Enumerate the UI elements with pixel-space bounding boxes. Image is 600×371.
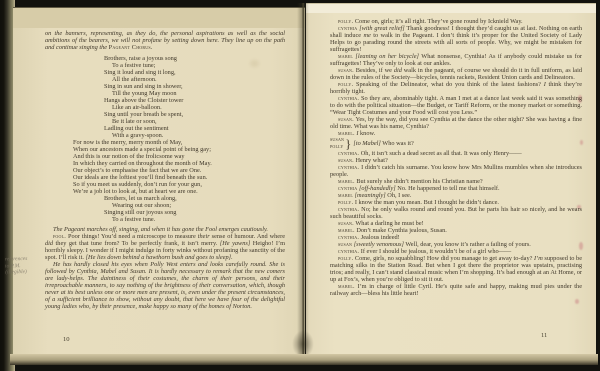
dialogue-paragraph: cynthia. Oh, it isn’t such a dead secret… [330,150,582,157]
text-segment: The Pageant marches off, singing, and wh… [53,226,268,233]
verse-line: Hangs above the Cloister tower [104,97,285,104]
text-segment: [He yawns] [220,240,251,247]
intro-stage-direction: on the banners, representing, as they do… [45,30,285,51]
text-segment: Oh, I see. [386,192,412,199]
dialogue-paragraph: mabel [meaningly] Oh, I see. [330,192,582,199]
dialogue-paragraph: susan [sweetly venomous] Well, dear, you… [330,241,582,248]
text-segment: cynthia. [338,95,359,102]
dialogue-paragraph: mabel. I’m in charge of little Cyril. He… [330,283,582,297]
dialogue-paragraph: polly. Speaking of the Delineator, what … [330,81,582,95]
text-segment: mabel. [338,178,355,185]
text-segment: Jealous indeed! [359,234,400,241]
verse-line: In which they carried on throughout the … [73,160,285,167]
text-segment: I’m [534,255,543,262]
page-number-left: 10 [63,336,70,343]
verse-line: Brothers, let us march along, [104,195,285,202]
text-segment: did [45,240,53,247]
text-segment: me [363,32,370,39]
dialogue-paragraph: fool. Poor things! You’d need a microsco… [45,233,285,261]
text-segment: know. [358,130,375,137]
dialogue-paragraph: polly. Come on, girls; it’s all right. T… [330,18,582,25]
text-segment: susan. [338,220,354,227]
text-segment: Henry what? [354,157,388,164]
gutter-shadow [297,3,309,355]
text-segment: [sweetly venomous] [354,241,404,248]
text-segment: Poor things! You’d need a microscope to … [66,233,198,240]
text-segment: No; he only walks round and round you. B… [330,206,582,220]
text-segment: polly. [338,255,353,262]
stage-direction: The Pageant marches off, singing, and wh… [45,226,285,233]
verse-line: Brothers, raise a joyous song [104,55,285,62]
verse-line: So if you meet us suddenly, don’t run fo… [73,181,285,188]
dialogue-paragraph: cynthia. So they are, abominably tight. … [330,95,582,116]
verse-line: When our ancestors made a special point … [73,146,285,153]
text-segment: mabel [338,192,353,199]
text-segment: cynthia. [338,248,359,255]
verse-line: Singing still our joyous song [104,209,285,216]
text-segment: mabel [338,53,353,60]
text-segment: Oh, it isn’t such a dead secret as all t… [359,150,522,157]
text-segment: cynthia [338,185,357,192]
text-segment: cynthia. [338,234,359,241]
verse-line: Ladling out the sentiment [104,125,285,132]
text-segment: they get that tune from? To be perfectly… [53,240,220,247]
text-segment: susan [338,241,352,248]
text-segment: polly. [338,18,353,25]
dialogue-paragraph: polly. Come, girls, no squabbling! How d… [330,255,582,283]
text-segment: Yes, by the way, did you see Cynthia at … [330,116,582,130]
text-segment: susan. [338,157,354,164]
text-segment: did [394,67,402,74]
verse-line: For now is the merry, merry month of May… [73,139,285,146]
dialogue-paragraph: cynthia. If ever I should be jealous, it… [330,248,582,255]
dialogue-paragraph: mabel. I know. [330,130,582,137]
text-segment: But surely she didn’t mention his Christ… [355,178,483,185]
text-segment: fool. [53,233,66,240]
verse-line: Our object’s to emphasise the fact that … [73,167,285,174]
verse-line: And this is our notion of the frolicsome… [73,153,285,160]
text-segment: mabel. [338,227,355,234]
text-segment: I know the man you mean. But I thought h… [353,199,499,206]
dialogue-paragraph: mabel. But surely she didn’t mention his… [330,178,582,185]
text-segment: cynthia. [338,150,359,157]
text-segment: [meaningly] [355,192,386,199]
verse-line: To a festive tune. [112,216,285,223]
text-segment: No. He happened to tell me that himself. [396,185,500,192]
text-segment: Speaking of the Delineator, what do you … [353,81,543,88]
verse-line: With a gravy-spoon. [112,132,285,139]
text-segment: He has hardly closed his eyes when Polly… [45,261,285,310]
text-segment: Come, girls, no squabbling! How did you … [353,255,534,262]
dialogue-paragraph: mabel. Don’t make Cynthia jealous, Susan… [330,227,582,234]
text-segment: [He lies down behind a hawthorn bush and… [86,254,233,261]
speaker-names: susanpolly [330,137,344,150]
text-segment: polly. [338,199,353,206]
dialogue-brace-line: susanpolly}[to Mabel] Who was it? [330,137,582,150]
text-segment: [leaning on her bicycle] [355,53,419,60]
text-segment: Don’t make Cynthia jealous, Susan. [355,227,447,234]
pink-margin-smudge [575,299,579,304]
text-segment: on the banners, representing, as they do… [45,30,285,51]
text-segment: So they are, abominably tight. A man I m… [330,95,582,116]
text-segment: Come on, girls; it’s all right. They’ve … [353,18,522,25]
verse-line: To a festive tune; [112,62,285,69]
dialogue-paragraph: cynthia [with great relief] Thank goodne… [330,25,582,53]
text-segment: mabel. [338,283,355,290]
dialogue-paragraph: polly. I know the man you mean. But I th… [330,199,582,206]
dialogue-paragraph: cynthia [off-handedly] No. He happened t… [330,185,582,192]
page-number-right: 11 [541,332,547,339]
text-segment: [with great relief] [359,25,404,32]
dialogue-paragraph: cynthia. Jealous indeed! [330,234,582,241]
text-segment: Well, dear, you know it’s rather a faili… [404,241,531,248]
text-segment: I didn’t catch his surname. You know how… [330,164,582,178]
brace-glyph: } [345,137,351,150]
verse-line: All the afternoon. [112,76,285,83]
dialogue-paragraph: susan. Besides, if we did walk in the pa… [330,67,582,81]
text-segment: cynthia [338,25,357,32]
stage-direction: He has hardly closed his eyes when Polly… [45,261,285,310]
right-page-text: polly. Come on, girls; it’s all right. T… [330,18,582,297]
dialogue-paragraph: mabel [leaning on her bicycle] What nons… [330,53,582,67]
text-segment: Who was it? [381,140,414,147]
margin-note-line: (illegible) [5,269,45,277]
text-segment: cynthia. [338,206,359,213]
dialogue-paragraph: susan. What a darling he must be! [330,220,582,227]
right-dialogue: polly. Come on, girls; it’s all right. T… [330,18,582,297]
dialogue-paragraph: cynthia. No; he only walks round and rou… [330,206,582,220]
left-page-text: on the banners, representing, as they do… [45,30,285,310]
pageant-chorus-verse: Brothers, raise a joyous songTo a festiv… [45,55,285,223]
text-segment: susan. [338,116,354,123]
text-segment: Besides, if we [354,67,394,74]
verse-line: Like an air-balloon. [112,104,285,111]
text-segment: I’m in charge of little Cyril. He’s quit… [330,283,582,297]
verse-line: Our ideals are the loftiest you’ll find … [73,174,285,181]
dialogue-paragraph: susan. Yes, by the way, did you see Cynt… [330,116,582,130]
verse-line: Sing until your breath be spent, [104,111,285,118]
verse-line: Wearing out our shoon; [112,202,285,209]
verse-line: We’re a job lot to look at, but at heart… [73,188,285,195]
text-segment: Pageant Chorus. [109,44,153,51]
text-segment: cynthia. [338,164,359,171]
text-segment: [to Mabel] [353,140,380,147]
book-photo: references to P.M. (illegible) on the ba… [0,0,600,371]
brace-text: [to Mabel] Who was it? [353,140,413,147]
verse-line: Be it late or soon, [112,118,285,125]
handwritten-margin-note: references to P.M. (illegible) [5,255,46,276]
verse-line: Sing it loud and sing it long, [104,69,285,76]
text-segment: If ever I should be jealous, it wouldn’t… [359,248,511,255]
left-body: The Pageant marches off, singing, and wh… [45,226,285,310]
text-segment: susan. [338,67,354,74]
verse-line: Till the young May moon [112,90,285,97]
verse-line: Sing in sun and sing in shower, [104,83,285,90]
text-segment: sense of humour. And where [210,233,285,240]
left-intro: on the banners, representing, as they do… [45,30,285,51]
text-segment: their [198,233,210,240]
text-segment: polly. [338,81,353,88]
dialogue-paragraph: cynthia. I didn’t catch his surname. You… [330,164,582,178]
dialogue-paragraph: susan. Henry what? [330,157,582,164]
text-segment: [off-handedly] [359,185,396,192]
page-edges-bottom [10,354,598,365]
text-segment: What a darling he must be! [354,220,424,227]
